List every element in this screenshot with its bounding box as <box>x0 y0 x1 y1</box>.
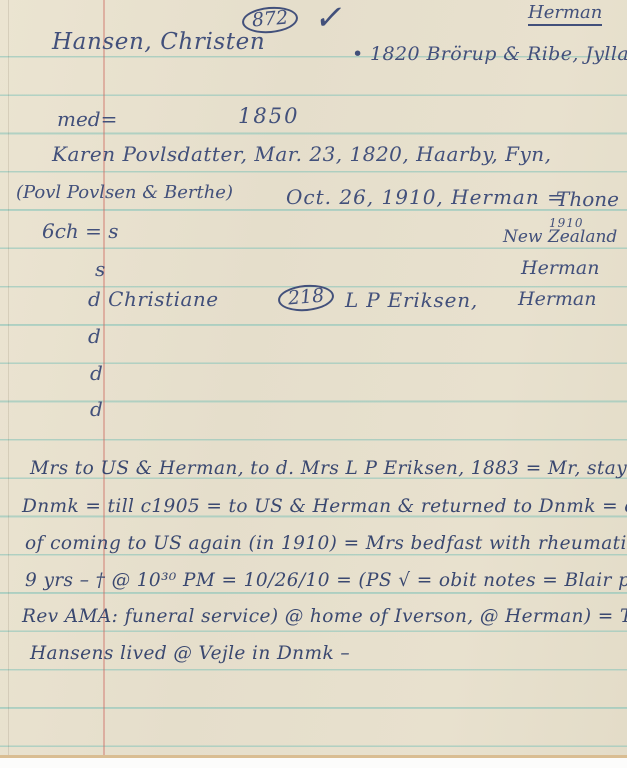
child-entry-2: s <box>95 258 105 280</box>
paper-crease <box>8 0 9 757</box>
notes-line-1: Mrs to US & Herman, to d. Mrs L P Erikse… <box>30 459 627 479</box>
marriage-label: med= <box>57 108 117 130</box>
child-entry-5: d <box>90 362 103 384</box>
notes-line-4: 9 yrs – † @ 10³⁰ PM = 10/26/10 = (PS √ =… <box>25 571 627 591</box>
reference-number: 218 <box>277 283 335 314</box>
spouse-death-line: Oct. 26, 1910, Herman = <box>286 186 565 208</box>
child-entry-6: d <box>90 398 103 420</box>
marriage-year: 1850 <box>238 105 299 128</box>
margin-note-new-zealand: 1910 New Zealand <box>503 228 617 247</box>
reference-number-circle: 218 <box>278 285 334 311</box>
child-entry-3: d Christiane <box>88 288 219 310</box>
margin-note-herman-1: Herman <box>521 258 599 279</box>
notes-line-6: Hansens lived @ Vejle in Dnmk – <box>30 644 350 664</box>
children-count-line: 6ch = s <box>42 220 119 242</box>
head-of-record-name: Hansen, Christen <box>52 30 265 55</box>
reference-name: L P Eriksen, <box>345 289 478 311</box>
notes-line-3: of coming to US again (in 1910) = Mrs be… <box>25 534 627 554</box>
spouse-line: Karen Povlsdatter, Mar. 23, 1820, Haarby… <box>52 143 552 165</box>
birth-line: • 1820 Brörup & Ribe, Jylland <box>352 44 627 65</box>
child-entry-4: d <box>88 325 101 347</box>
margin-note-year: 1910 <box>549 217 584 230</box>
notes-line-5: Rev AMA: funeral service) @ home of Iver… <box>22 607 627 627</box>
spouse-parents: (Povl Povlsen & Berthe) <box>16 183 233 203</box>
notes-line-2: Dnmk = till c1905 = to US & Herman & ret… <box>22 497 627 517</box>
informant-name: Thone <box>556 188 619 210</box>
owner-label: Herman <box>528 3 602 26</box>
margin-note-herman-2: Herman <box>518 289 596 310</box>
scanner-background <box>0 758 627 768</box>
